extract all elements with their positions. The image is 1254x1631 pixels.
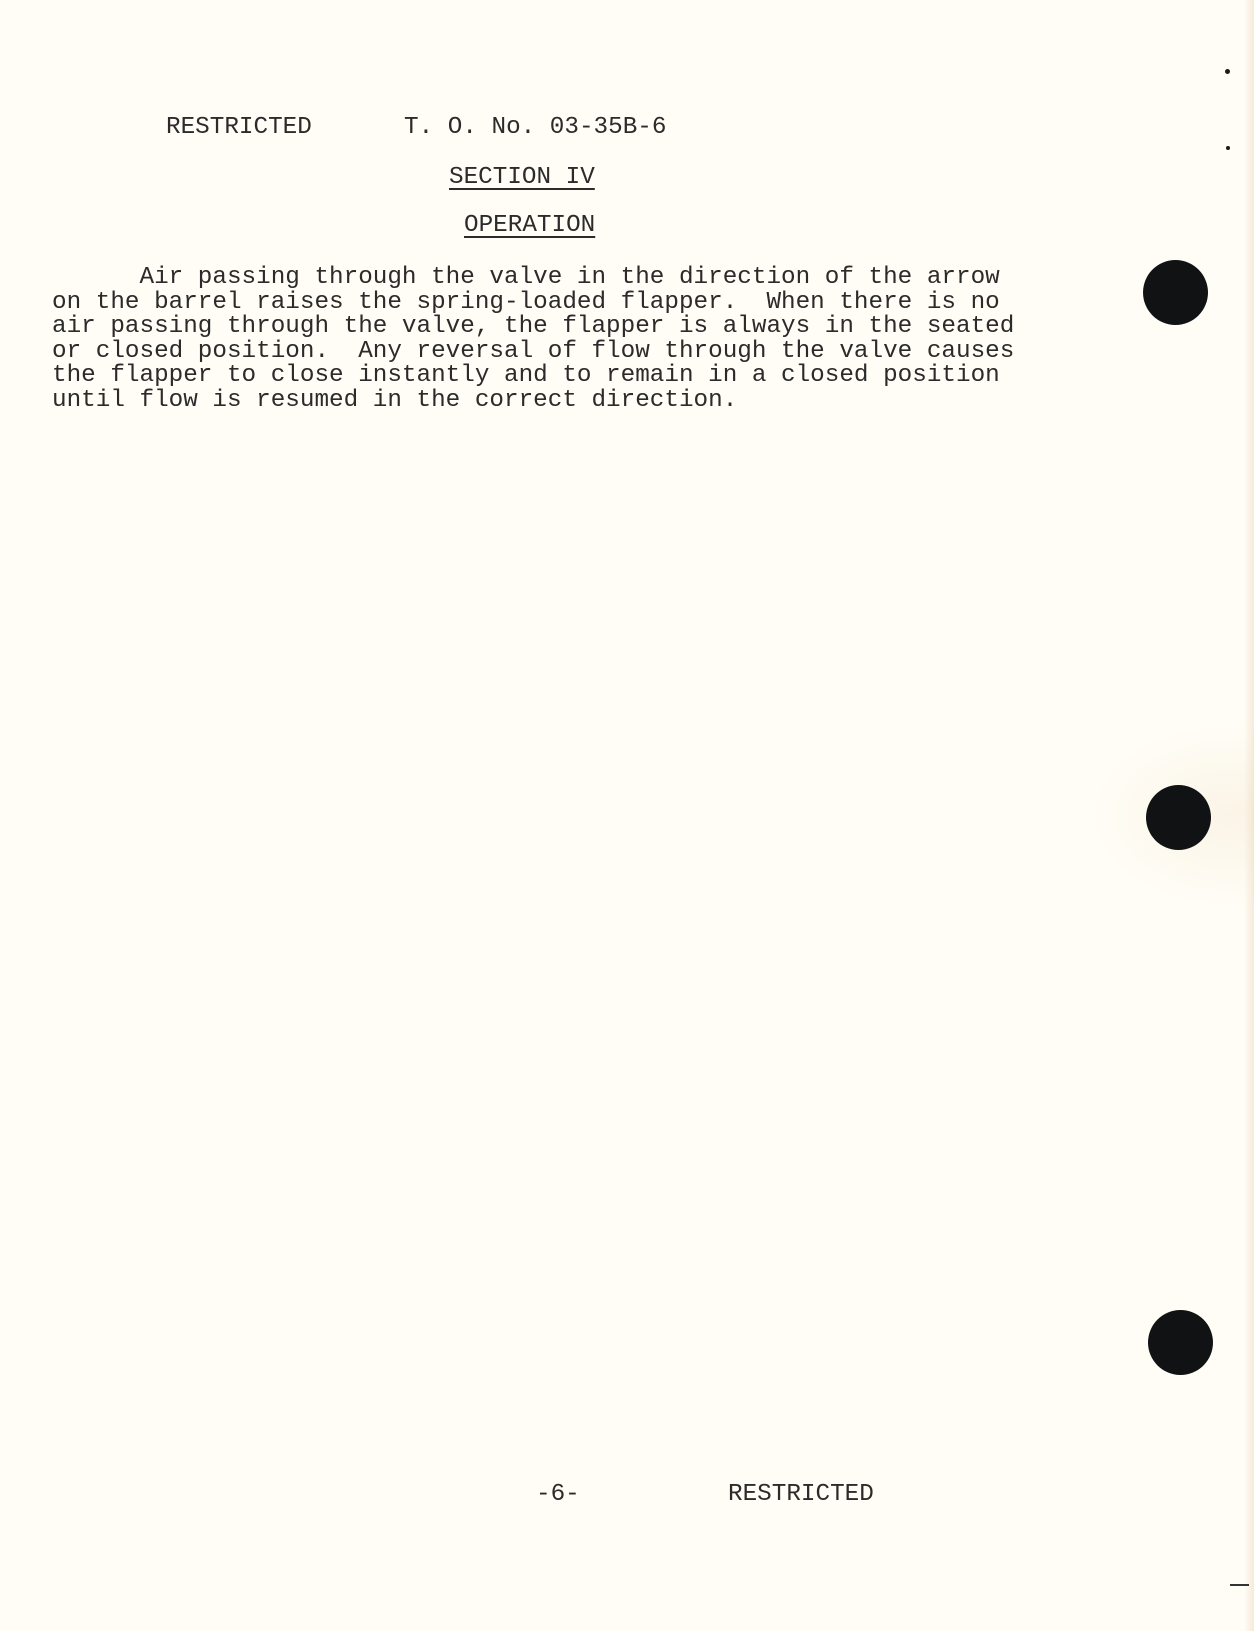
header-classification: RESTRICTED [166,116,312,141]
document-page [0,0,1254,1631]
section-title: SECTION IV [449,166,595,191]
header-document-number: T. O. No. 03-35B-6 [404,116,666,141]
body-line: or closed position. Any reversal of flow… [52,340,1052,365]
footer-classification: RESTRICTED [728,1483,874,1508]
punch-hole-icon [1146,785,1211,850]
body-line: Air passing through the valve in the dir… [52,266,1052,291]
footer-page-number: -6- [536,1483,580,1508]
ink-speck-icon [1226,146,1230,150]
body-line: on the barrel raises the spring-loaded f… [52,291,1052,316]
body-line: until flow is resumed in the correct dir… [52,389,1052,414]
body-line: air passing through the valve, the flapp… [52,315,1052,340]
section-subtitle: OPERATION [464,214,595,239]
body-paragraph: Air passing through the valve in the dir… [52,266,1052,413]
body-line: the flapper to close instantly and to re… [52,364,1052,389]
ink-speck-icon [1225,69,1230,74]
punch-hole-icon [1148,1310,1213,1375]
punch-hole-icon [1143,260,1208,325]
paper-edge-shading [1244,0,1254,1631]
margin-dash-mark [1230,1584,1249,1586]
